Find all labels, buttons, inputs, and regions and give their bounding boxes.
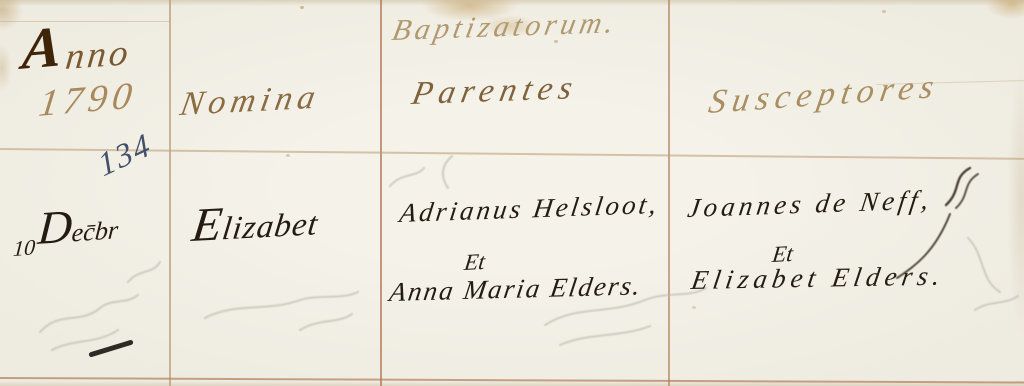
anno-label: nno [63,32,133,79]
column-header-baptizatorum: Baptizatorum. [389,6,620,48]
column-header-susceptores: Susceptores [706,68,942,122]
year-label: 1790 [37,74,140,126]
entry-date-day: 10 [12,234,36,261]
foxing-spot [300,6,304,9]
entry-baptized-name: Elizabet [189,191,322,252]
column-header-parentes: Parentes [409,70,582,113]
column-divider-3 [668,0,670,386]
column-divider-1 [169,0,171,386]
ink-dash-mark [88,339,133,357]
entry-sponsor-1: Joannes de Neff, [686,185,935,224]
column-divider-2 [380,0,382,386]
entry-sponsor-2: Elizabet Elders. [689,261,947,296]
row-bottom-rule-line [0,377,1024,383]
entry-date-month: Dec̄br [36,196,120,255]
anno-initial-letter: A [20,13,63,83]
entry-parent-father: Adrianus Helsloot, [398,189,662,229]
register-page: A nno 1790 Nomina Baptizatorum. Parentes… [0,0,1024,386]
column-header-nomina: Nomina [177,79,323,124]
entry-parents-conjunction: Et [463,249,487,276]
entry-parent-mother: Anna Maria Elders. [387,270,644,308]
page-number-annotation: 134 [94,127,156,186]
